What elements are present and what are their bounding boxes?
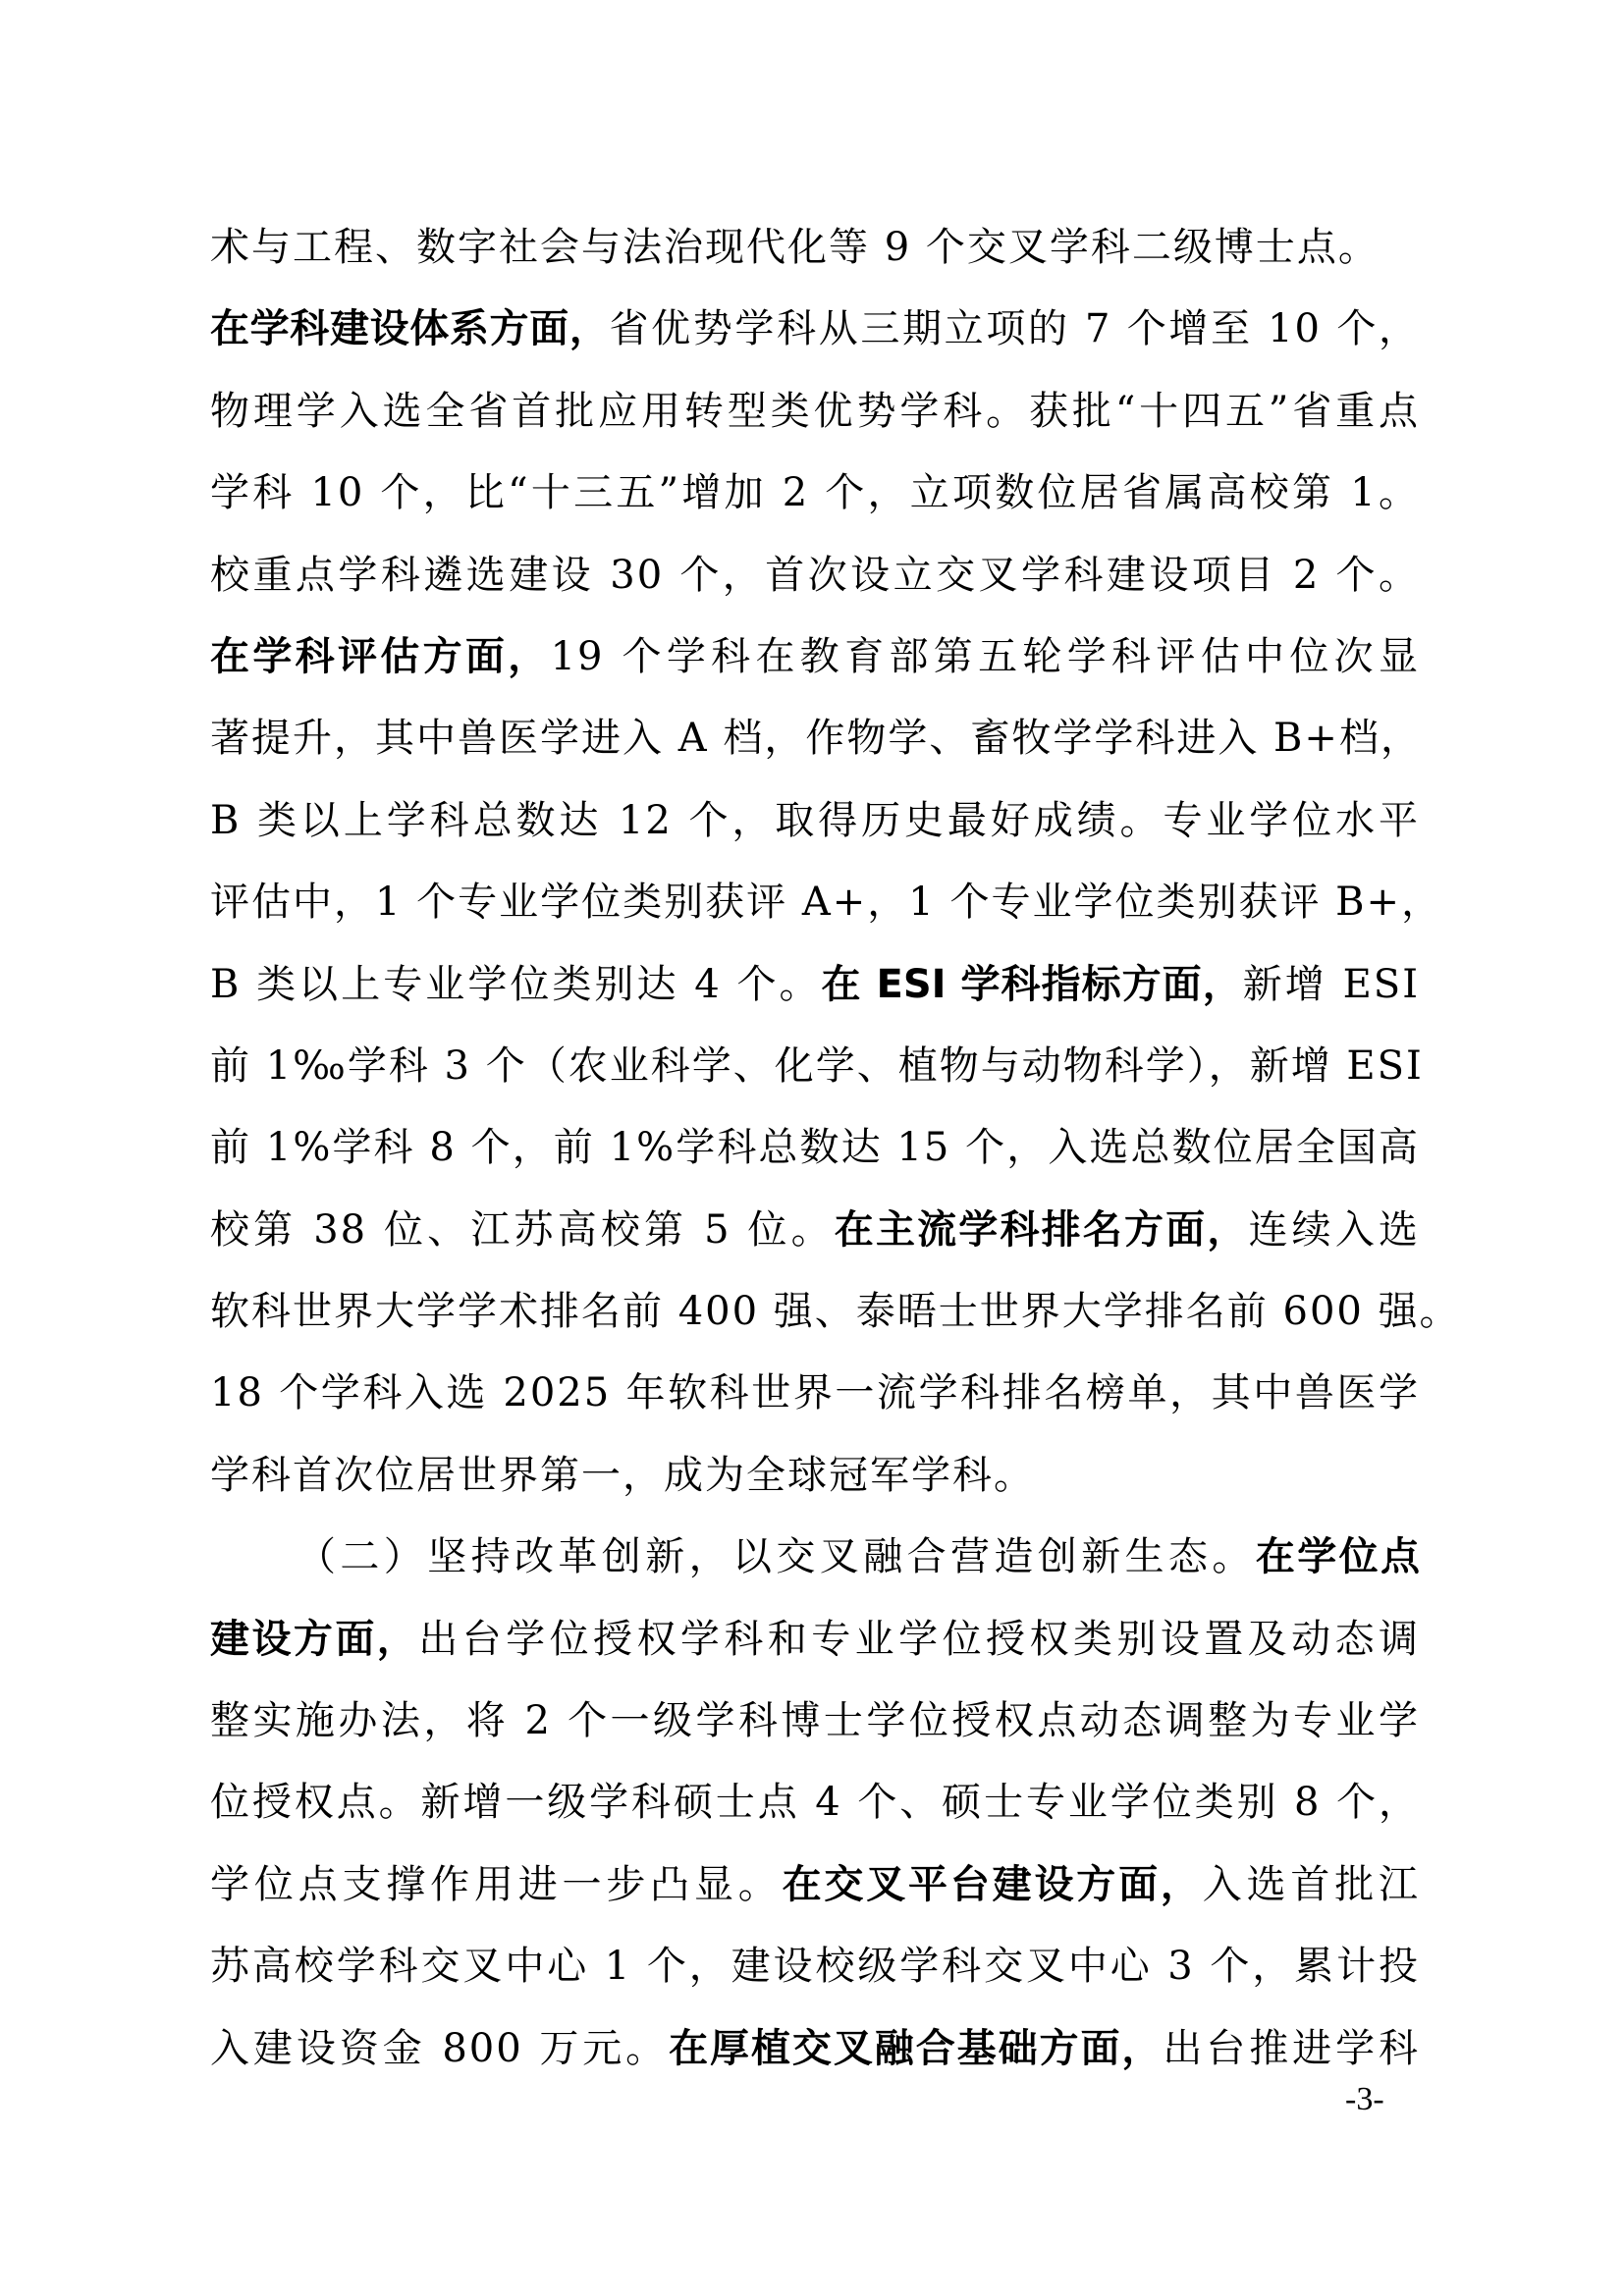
paragraph-text: 出台学位授权学科和专业学位授权类别设置及动态调 [418, 1617, 1420, 1662]
text-line: 18 个学科入选 2025 年软科世界一流学科排名榜单，其中兽医学 [210, 1353, 1420, 1434]
paragraph-text: 入建设资金 800 万元。 [210, 2026, 669, 2071]
text-line: B 类以上专业学位类别达 4 个。在 ESI 学科指标方面，新增 ESI [210, 944, 1420, 1026]
paragraph-text: 入选首批江 [1203, 1862, 1420, 1907]
paragraph-text: 学位点支撑作用进一步凸显。 [210, 1862, 783, 1907]
text-line: 前 1‰学科 3 个（农业科学、化学、植物与动物科学），新增 ESI [210, 1026, 1420, 1107]
paragraph-text: 前 1%学科 8 个，前 1%学科总数达 15 个，入选总数位居全国高 [210, 1125, 1420, 1170]
paragraph-text: 18 个学科入选 2025 年软科世界一流学科排名榜单，其中兽医学 [210, 1370, 1420, 1415]
text-line: 校重点学科遴选建设 30 个，首次设立交叉学科建设项目 2 个。 [210, 535, 1420, 616]
bold-heading-text: 在学科建设体系方面， [210, 306, 609, 351]
paragraph-text: 校第 38 位、江苏高校第 5 位。 [210, 1207, 835, 1253]
paragraph-text: 物理学入选全省首批应用转型类优势学科。获批“十四五”省重点 [210, 389, 1420, 434]
text-line: 学科首次位居世界第一，成为全球冠军学科。 [210, 1435, 1420, 1517]
text-line: 苏高校学科交叉中心 1 个，建设校级学科交叉中心 3 个，累计投 [210, 1926, 1420, 2007]
paragraph-text: B 类以上学科总数达 12 个，取得历史最好成绩。专业学位水平 [210, 798, 1420, 843]
paragraph-text: 省优势学科从三期立项的 7 个增至 10 个， [609, 306, 1420, 351]
text-line: 建设方面，出台学位授权学科和专业学位授权类别设置及动态调 [210, 1599, 1420, 1681]
text-line: 物理学入选全省首批应用转型类优势学科。获批“十四五”省重点 [210, 371, 1420, 453]
text-line: 入建设资金 800 万元。在厚植交叉融合基础方面，出台推进学科 [210, 2008, 1420, 2090]
page-number: -3- [1345, 2081, 1384, 2118]
text-line: 软科世界大学学术排名前 400 强、泰晤士世界大学排名前 600 强。 [210, 1271, 1420, 1353]
paragraph-text: （二）坚持改革创新，以交叉融合营造创新生态。 [297, 1534, 1256, 1579]
text-line: B 类以上学科总数达 12 个，取得历史最好成绩。专业学位水平 [210, 780, 1420, 862]
bold-heading-text: 在主流学科排名方面， [835, 1207, 1249, 1253]
text-line: 校第 38 位、江苏高校第 5 位。在主流学科排名方面，连续入选 [210, 1190, 1420, 1271]
paragraph-text: 苏高校学科交叉中心 1 个，建设校级学科交叉中心 3 个，累计投 [210, 1944, 1420, 1989]
bold-heading-text: 在交叉平台建设方面， [783, 1862, 1203, 1907]
body-text: 术与工程、数字社会与法治现代化等 9 个交叉学科二级博士点。在学科建设体系方面，… [210, 207, 1420, 2090]
paragraph-text: 19 个学科在教育部第五轮学科评估中位次显 [551, 634, 1420, 679]
text-line: 学科 10 个，比“十三五”增加 2 个，立项数位居省属高校第 1。 [210, 453, 1420, 534]
paragraph-text: 著提升，其中兽医学进入 A 档，作物学、畜牧学学科进入 B+档， [210, 716, 1422, 761]
document-page: 术与工程、数字社会与法治现代化等 9 个交叉学科二级博士点。在学科建设体系方面，… [0, 0, 1624, 2296]
paragraph-text: 术与工程、数字社会与法治现代化等 9 个交叉学科二级博士点。 [210, 225, 1380, 270]
paragraph-text: B 类以上专业学位类别达 4 个。 [210, 962, 822, 1007]
paragraph-text: 整实施办法，将 2 个一级学科博士学位授权点动态调整为专业学 [210, 1698, 1420, 1743]
paragraph-text: 出台推进学科 [1163, 2026, 1420, 2071]
text-line: 术与工程、数字社会与法治现代化等 9 个交叉学科二级博士点。 [210, 207, 1420, 289]
text-line: 位授权点。新增一级学科硕士点 4 个、硕士专业学位类别 8 个， [210, 1762, 1420, 1843]
paragraph-text: 学科首次位居世界第一，成为全球冠军学科。 [210, 1453, 1035, 1498]
text-line: 评估中，1 个专业学位类别获评 A+，1 个专业学位类别获评 B+， [210, 862, 1420, 943]
text-line: 著提升，其中兽医学进入 A 档，作物学、畜牧学学科进入 B+档， [210, 698, 1420, 779]
bold-heading-text: 建设方面， [210, 1617, 418, 1662]
bold-heading-text: 在学科评估方面， [210, 634, 551, 679]
paragraph-text: 连续入选 [1249, 1207, 1421, 1253]
paragraph-text: 学科 10 个，比“十三五”增加 2 个，立项数位居省属高校第 1。 [210, 470, 1420, 515]
paragraph-text: 软科世界大学学术排名前 400 强、泰晤士世界大学排名前 600 强。 [210, 1289, 1461, 1334]
bold-heading-text: 在厚植交叉融合基础方面， [669, 2026, 1163, 2071]
text-line: 整实施办法，将 2 个一级学科博士学位授权点动态调整为专业学 [210, 1681, 1420, 1762]
paragraph-text: 评估中，1 个专业学位类别获评 A+，1 个专业学位类别获评 B+， [210, 880, 1442, 925]
text-line: 在学科评估方面，19 个学科在教育部第五轮学科评估中位次显 [210, 616, 1420, 698]
text-line: （二）坚持改革创新，以交叉融合营造创新生态。在学位点 [210, 1517, 1420, 1598]
text-line: 前 1%学科 8 个，前 1%学科总数达 15 个，入选总数位居全国高 [210, 1107, 1420, 1189]
bold-heading-text: 在学位点 [1256, 1534, 1420, 1579]
paragraph-text: 校重点学科遴选建设 30 个，首次设立交叉学科建设项目 2 个。 [210, 553, 1420, 598]
paragraph-text: 前 1‰学科 3 个（农业科学、化学、植物与动物科学），新增 ESI [210, 1043, 1424, 1089]
paragraph-text: 位授权点。新增一级学科硕士点 4 个、硕士专业学位类别 8 个， [210, 1780, 1420, 1825]
bold-heading-text: 在 ESI 学科指标方面， [822, 962, 1243, 1007]
paragraph-text: 新增 ESI [1243, 962, 1420, 1007]
text-line: 学位点支撑作用进一步凸显。在交叉平台建设方面，入选首批江 [210, 1844, 1420, 1926]
text-line: 在学科建设体系方面，省优势学科从三期立项的 7 个增至 10 个， [210, 289, 1420, 370]
